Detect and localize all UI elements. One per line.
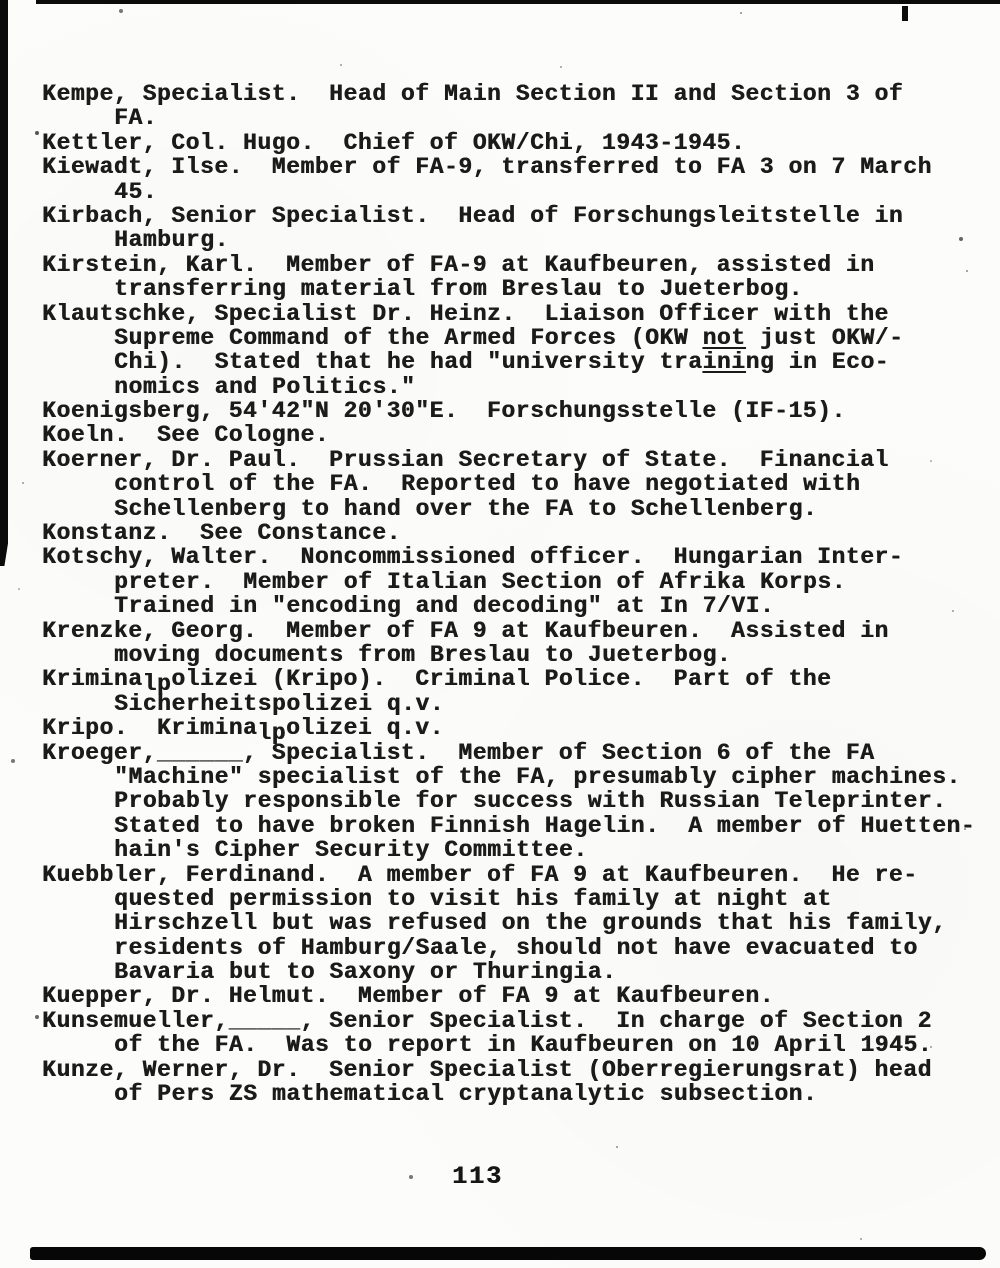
text-segment: preter. Member of Italian Section of Afr… xyxy=(114,569,846,595)
text-line: Kirbach, Senior Specialist. Head of Fors… xyxy=(42,204,975,228)
text-segment: olizei q.v. xyxy=(286,715,444,741)
text-line: quested permission to visit his family a… xyxy=(42,887,975,911)
text-segment: Kiewadt, Ilse. Member of FA-9, transferr… xyxy=(42,154,932,180)
text-line: Chi). Stated that he had "university tra… xyxy=(42,350,975,374)
text-line: Kuebbler, Ferdinand. A member of FA 9 at… xyxy=(42,863,975,887)
text-segment: Kirbach, Senior Specialist. Head of Fors… xyxy=(42,203,903,229)
text-segment: Hirschzell but was refused on the ground… xyxy=(114,910,946,936)
text-line: Kiewadt, Ilse. Member of FA-9, transferr… xyxy=(42,155,975,179)
scan-artifact-top-line xyxy=(36,0,1000,4)
text-line: Kettler, Col. Hugo. Chief of OKW/Chi, 19… xyxy=(42,131,975,155)
text-segment: Kroeger,______, Specialist. Member of Se… xyxy=(42,740,874,766)
text-segment: Bavaria but to Saxony or Thuringia. xyxy=(114,959,616,985)
text-segment: Kempe, Specialist. Head of Main Section … xyxy=(42,81,903,107)
text-segment: Kripo. Krimina xyxy=(42,715,257,741)
text-line: Kripo. Kriminalpolizei q.v. xyxy=(42,716,975,740)
text-line: Krenzke, Georg. Member of FA 9 at Kaufbe… xyxy=(42,619,975,643)
text-line: Kroeger,______, Specialist. Member of Se… xyxy=(42,741,975,765)
text-line: preter. Member of Italian Section of Afr… xyxy=(42,570,975,594)
text-segment: Kuebbler, Ferdinand. A member of FA 9 at… xyxy=(42,862,918,888)
text-segment: hain's Cipher Security Committee. xyxy=(114,837,588,863)
document-lines: Kempe, Specialist. Head of Main Section … xyxy=(42,82,975,1106)
text-line: moving documents from Breslau to Jueterb… xyxy=(42,643,975,667)
text-segment: Schellenberg to hand over the FA to Sche… xyxy=(114,496,817,522)
text-line: Stated to have broken Finnish Hagelin. A… xyxy=(42,814,975,838)
text-line: Kirstein, Karl. Member of FA-9 at Kaufbe… xyxy=(42,253,975,277)
text-segment: nomics and Politics." xyxy=(114,374,415,400)
text-segment: Supreme Command of the Armed Forces (OKW xyxy=(114,325,702,351)
text-line: Hamburg. xyxy=(42,228,975,252)
text-segment: quested permission to visit his family a… xyxy=(114,886,832,912)
text-segment: Kunze, Werner, Dr. Senior Specialist (Ob… xyxy=(42,1057,932,1083)
text-segment: Kuepper, Dr. Helmut. Member of FA 9 at K… xyxy=(42,983,774,1009)
page-number: 113 xyxy=(452,1162,503,1191)
text-line: Kriminalpolizei (Kripo). Criminal Police… xyxy=(42,667,975,691)
text-segment: Chi). Stated that he had "university tra xyxy=(114,349,702,375)
text-segment: of Pers ZS mathematical cryptanalytic su… xyxy=(114,1081,817,1107)
text-line: hain's Cipher Security Committee. xyxy=(42,838,975,862)
text-segment: Kirstein, Karl. Member of FA-9 at Kaufbe… xyxy=(42,252,874,278)
text-segment: FA. xyxy=(114,105,157,131)
text-segment: Klautschke, Specialist Dr. Heinz. Liaiso… xyxy=(42,301,889,327)
text-segment: Stated to have broken Finnish Hagelin. A… xyxy=(114,813,975,839)
text-line: Supreme Command of the Armed Forces (OKW… xyxy=(42,326,975,350)
text-line: Konstanz. See Constance. xyxy=(42,521,975,545)
underlined-text: ini xyxy=(702,349,745,375)
text-line: 45. xyxy=(42,180,975,204)
text-segment: control of the FA. Reported to have nego… xyxy=(114,471,860,497)
text-line: Bavaria but to Saxony or Thuringia. xyxy=(42,960,975,984)
text-segment: Krenzke, Georg. Member of FA 9 at Kaufbe… xyxy=(42,618,889,644)
text-segment: 45. xyxy=(114,179,157,205)
text-line: Schellenberg to hand over the FA to Sche… xyxy=(42,497,975,521)
text-segment: Koerner, Dr. Paul. Prussian Secretary of… xyxy=(42,447,889,473)
text-segment: lp xyxy=(257,720,286,746)
underlined-text: not xyxy=(702,325,745,351)
text-segment: ng in Eco- xyxy=(746,349,890,375)
text-segment: Probably responsible for success with Ru… xyxy=(114,788,946,814)
text-line: Kunze, Werner, Dr. Senior Specialist (Ob… xyxy=(42,1058,975,1082)
text-line: of the FA. Was to report in Kaufbeuren o… xyxy=(42,1033,975,1057)
text-line: Kotschy, Walter. Noncommissioned officer… xyxy=(42,545,975,569)
text-line: Kunsemueller,_____, Senior Specialist. I… xyxy=(42,1009,975,1033)
text-segment: of the FA. Was to report in Kaufbeuren o… xyxy=(114,1032,932,1058)
text-segment: Koeln. See Cologne. xyxy=(42,422,329,448)
text-segment: lp xyxy=(142,671,171,697)
scan-dust-specks xyxy=(0,0,2,2)
text-line: Probably responsible for success with Ru… xyxy=(42,789,975,813)
scan-artifact-left-bar xyxy=(0,0,8,566)
text-line: Hirschzell but was refused on the ground… xyxy=(42,911,975,935)
text-segment: Konstanz. See Constance. xyxy=(42,520,401,546)
text-line: Kuepper, Dr. Helmut. Member of FA 9 at K… xyxy=(42,984,975,1008)
text-line: Koenigsberg, 54'42"N 20'30"E. Forschungs… xyxy=(42,399,975,423)
text-line: Kempe, Specialist. Head of Main Section … xyxy=(42,82,975,106)
text-segment: Kotschy, Walter. Noncommissioned officer… xyxy=(42,544,903,570)
text-segment: Kunsemueller,_____, Senior Specialist. I… xyxy=(42,1008,932,1034)
text-line: Klautschke, Specialist Dr. Heinz. Liaiso… xyxy=(42,302,975,326)
scan-artifact-top-tick xyxy=(902,6,908,21)
text-segment: transferring material from Breslau to Ju… xyxy=(114,276,803,302)
text-segment: residents of Hamburg/Saale, should not h… xyxy=(114,935,918,961)
text-segment: Kettler, Col. Hugo. Chief of OKW/Chi, 19… xyxy=(42,130,745,156)
text-line: Koerner, Dr. Paul. Prussian Secretary of… xyxy=(42,448,975,472)
text-line: control of the FA. Reported to have nego… xyxy=(42,472,975,496)
text-line: Sicherheitspolizei q.v. xyxy=(42,692,975,716)
text-segment: Krimina xyxy=(42,666,142,692)
document-page: Kempe, Specialist. Head of Main Section … xyxy=(0,0,1000,1268)
text-segment: Koenigsberg, 54'42"N 20'30"E. Forschungs… xyxy=(42,398,846,424)
text-line: Koeln. See Cologne. xyxy=(42,423,975,447)
scan-artifact-bottom-bar xyxy=(30,1247,986,1260)
text-line: "Machine" specialist of the FA, presumab… xyxy=(42,765,975,789)
text-line: Trained in "encoding and decoding" at In… xyxy=(42,594,975,618)
text-segment: Trained in "encoding and decoding" at In… xyxy=(114,593,774,619)
text-segment: moving documents from Breslau to Jueterb… xyxy=(114,642,731,668)
text-segment: just OKW/- xyxy=(746,325,904,351)
text-segment: olizei (Kripo). Criminal Police. Part of… xyxy=(171,666,831,692)
text-line: transferring material from Breslau to Ju… xyxy=(42,277,975,301)
text-segment: Hamburg. xyxy=(114,227,229,253)
text-line: FA. xyxy=(42,106,975,130)
text-line: nomics and Politics." xyxy=(42,375,975,399)
text-segment: "Machine" specialist of the FA, presumab… xyxy=(114,764,961,790)
text-line: of Pers ZS mathematical cryptanalytic su… xyxy=(42,1082,975,1106)
text-line: residents of Hamburg/Saale, should not h… xyxy=(42,936,975,960)
